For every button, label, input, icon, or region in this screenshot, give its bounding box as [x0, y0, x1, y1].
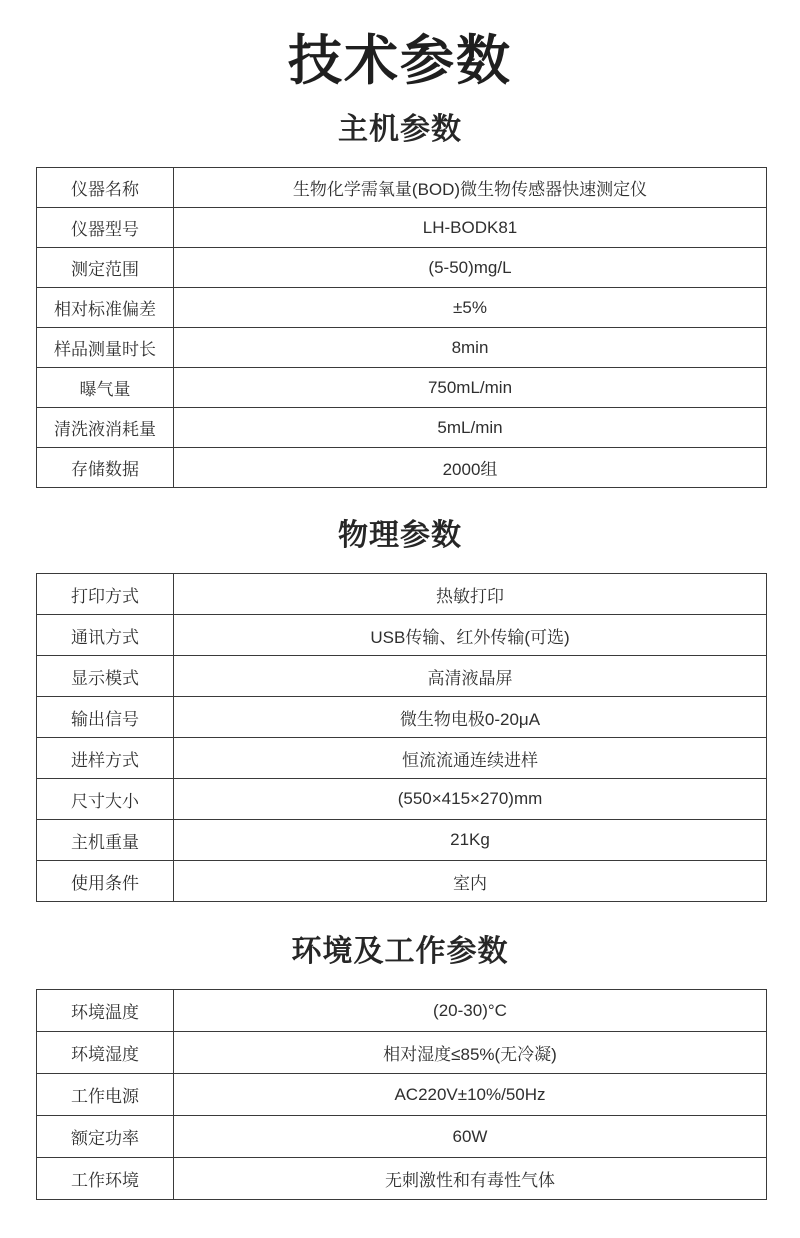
- spec-value: 恒流流通连续进样: [174, 738, 767, 779]
- table-row: 仪器名称生物化学需氧量(BOD)微生物传感器快速测定仪: [37, 168, 767, 208]
- spec-value: 60W: [174, 1116, 767, 1158]
- table-row: 存储数据2000组: [37, 448, 767, 488]
- table-row: 通讯方式USB传输、红外传输(可选): [37, 615, 767, 656]
- spec-label: 额定功率: [37, 1116, 174, 1158]
- spec-value: 热敏打印: [174, 574, 767, 615]
- spec-sheet-page: 技术参数 主机参数 仪器名称生物化学需氧量(BOD)微生物传感器快速测定仪仪器型…: [0, 0, 800, 1238]
- spec-label: 打印方式: [37, 574, 174, 615]
- spec-label: 使用条件: [37, 861, 174, 902]
- spec-value: 高清液晶屏: [174, 656, 767, 697]
- table-row: 主机重量21Kg: [37, 820, 767, 861]
- table-row: 环境湿度相对湿度≤85%(无冷凝): [37, 1032, 767, 1074]
- spec-value: 生物化学需氧量(BOD)微生物传感器快速测定仪: [174, 168, 767, 208]
- table-row: 工作环境无刺激性和有毒性气体: [37, 1158, 767, 1200]
- table-row: 相对标准偏差±5%: [37, 288, 767, 328]
- section-heading-main-unit: 主机参数: [0, 115, 800, 145]
- spec-value: USB传输、红外传输(可选): [174, 615, 767, 656]
- spec-value: LH-BODK81: [174, 208, 767, 248]
- spec-value: 微生物电极0-20μA: [174, 697, 767, 738]
- spec-label: 仪器型号: [37, 208, 174, 248]
- spec-value: 无刺激性和有毒性气体: [174, 1158, 767, 1200]
- table-row: 清洗液消耗量5mL/min: [37, 408, 767, 448]
- environment-parameters-table: 环境温度(20-30)°C环境湿度相对湿度≤85%(无冷凝)工作电源AC220V…: [36, 989, 767, 1200]
- table-row: 工作电源AC220V±10%/50Hz: [37, 1074, 767, 1116]
- spec-label: 主机重量: [37, 820, 174, 861]
- spec-label: 尺寸大小: [37, 779, 174, 820]
- spec-value: 750mL/min: [174, 368, 767, 408]
- table-row: 显示模式高清液晶屏: [37, 656, 767, 697]
- spec-label: 相对标准偏差: [37, 288, 174, 328]
- table-row: 使用条件室内: [37, 861, 767, 902]
- table-row: 仪器型号LH-BODK81: [37, 208, 767, 248]
- spec-label: 输出信号: [37, 697, 174, 738]
- section-heading-physical: 物理参数: [0, 521, 800, 551]
- table-row: 测定范围(5-50)mg/L: [37, 248, 767, 288]
- spec-label: 曝气量: [37, 368, 174, 408]
- table-row: 输出信号微生物电极0-20μA: [37, 697, 767, 738]
- spec-value: 21Kg: [174, 820, 767, 861]
- spec-label: 样品测量时长: [37, 328, 174, 368]
- spec-value: 5mL/min: [174, 408, 767, 448]
- spec-value: (20-30)°C: [174, 990, 767, 1032]
- table-row: 额定功率60W: [37, 1116, 767, 1158]
- main-unit-parameters-table: 仪器名称生物化学需氧量(BOD)微生物传感器快速测定仪仪器型号LH-BODK81…: [36, 167, 767, 488]
- spec-value: 相对湿度≤85%(无冷凝): [174, 1032, 767, 1074]
- table-row: 打印方式热敏打印: [37, 574, 767, 615]
- spec-label: 环境湿度: [37, 1032, 174, 1074]
- section-heading-environment: 环境及工作参数: [0, 937, 800, 967]
- spec-value: 室内: [174, 861, 767, 902]
- spec-label: 清洗液消耗量: [37, 408, 174, 448]
- spec-label: 进样方式: [37, 738, 174, 779]
- physical-parameters-table: 打印方式热敏打印通讯方式USB传输、红外传输(可选)显示模式高清液晶屏输出信号微…: [36, 573, 767, 902]
- spec-value: 2000组: [174, 448, 767, 488]
- spec-value: ±5%: [174, 288, 767, 328]
- spec-value: AC220V±10%/50Hz: [174, 1074, 767, 1116]
- spec-label: 工作环境: [37, 1158, 174, 1200]
- spec-label: 测定范围: [37, 248, 174, 288]
- table-row: 样品测量时长8min: [37, 328, 767, 368]
- spec-value: 8min: [174, 328, 767, 368]
- spec-value: (5-50)mg/L: [174, 248, 767, 288]
- spec-label: 通讯方式: [37, 615, 174, 656]
- spec-value: (550×415×270)mm: [174, 779, 767, 820]
- table-row: 尺寸大小(550×415×270)mm: [37, 779, 767, 820]
- spec-label: 显示模式: [37, 656, 174, 697]
- spec-label: 环境温度: [37, 990, 174, 1032]
- spec-label: 仪器名称: [37, 168, 174, 208]
- table-row: 环境温度(20-30)°C: [37, 990, 767, 1032]
- page-title: 技术参数: [0, 34, 800, 88]
- spec-label: 工作电源: [37, 1074, 174, 1116]
- spec-label: 存储数据: [37, 448, 174, 488]
- table-row: 进样方式恒流流通连续进样: [37, 738, 767, 779]
- table-row: 曝气量750mL/min: [37, 368, 767, 408]
